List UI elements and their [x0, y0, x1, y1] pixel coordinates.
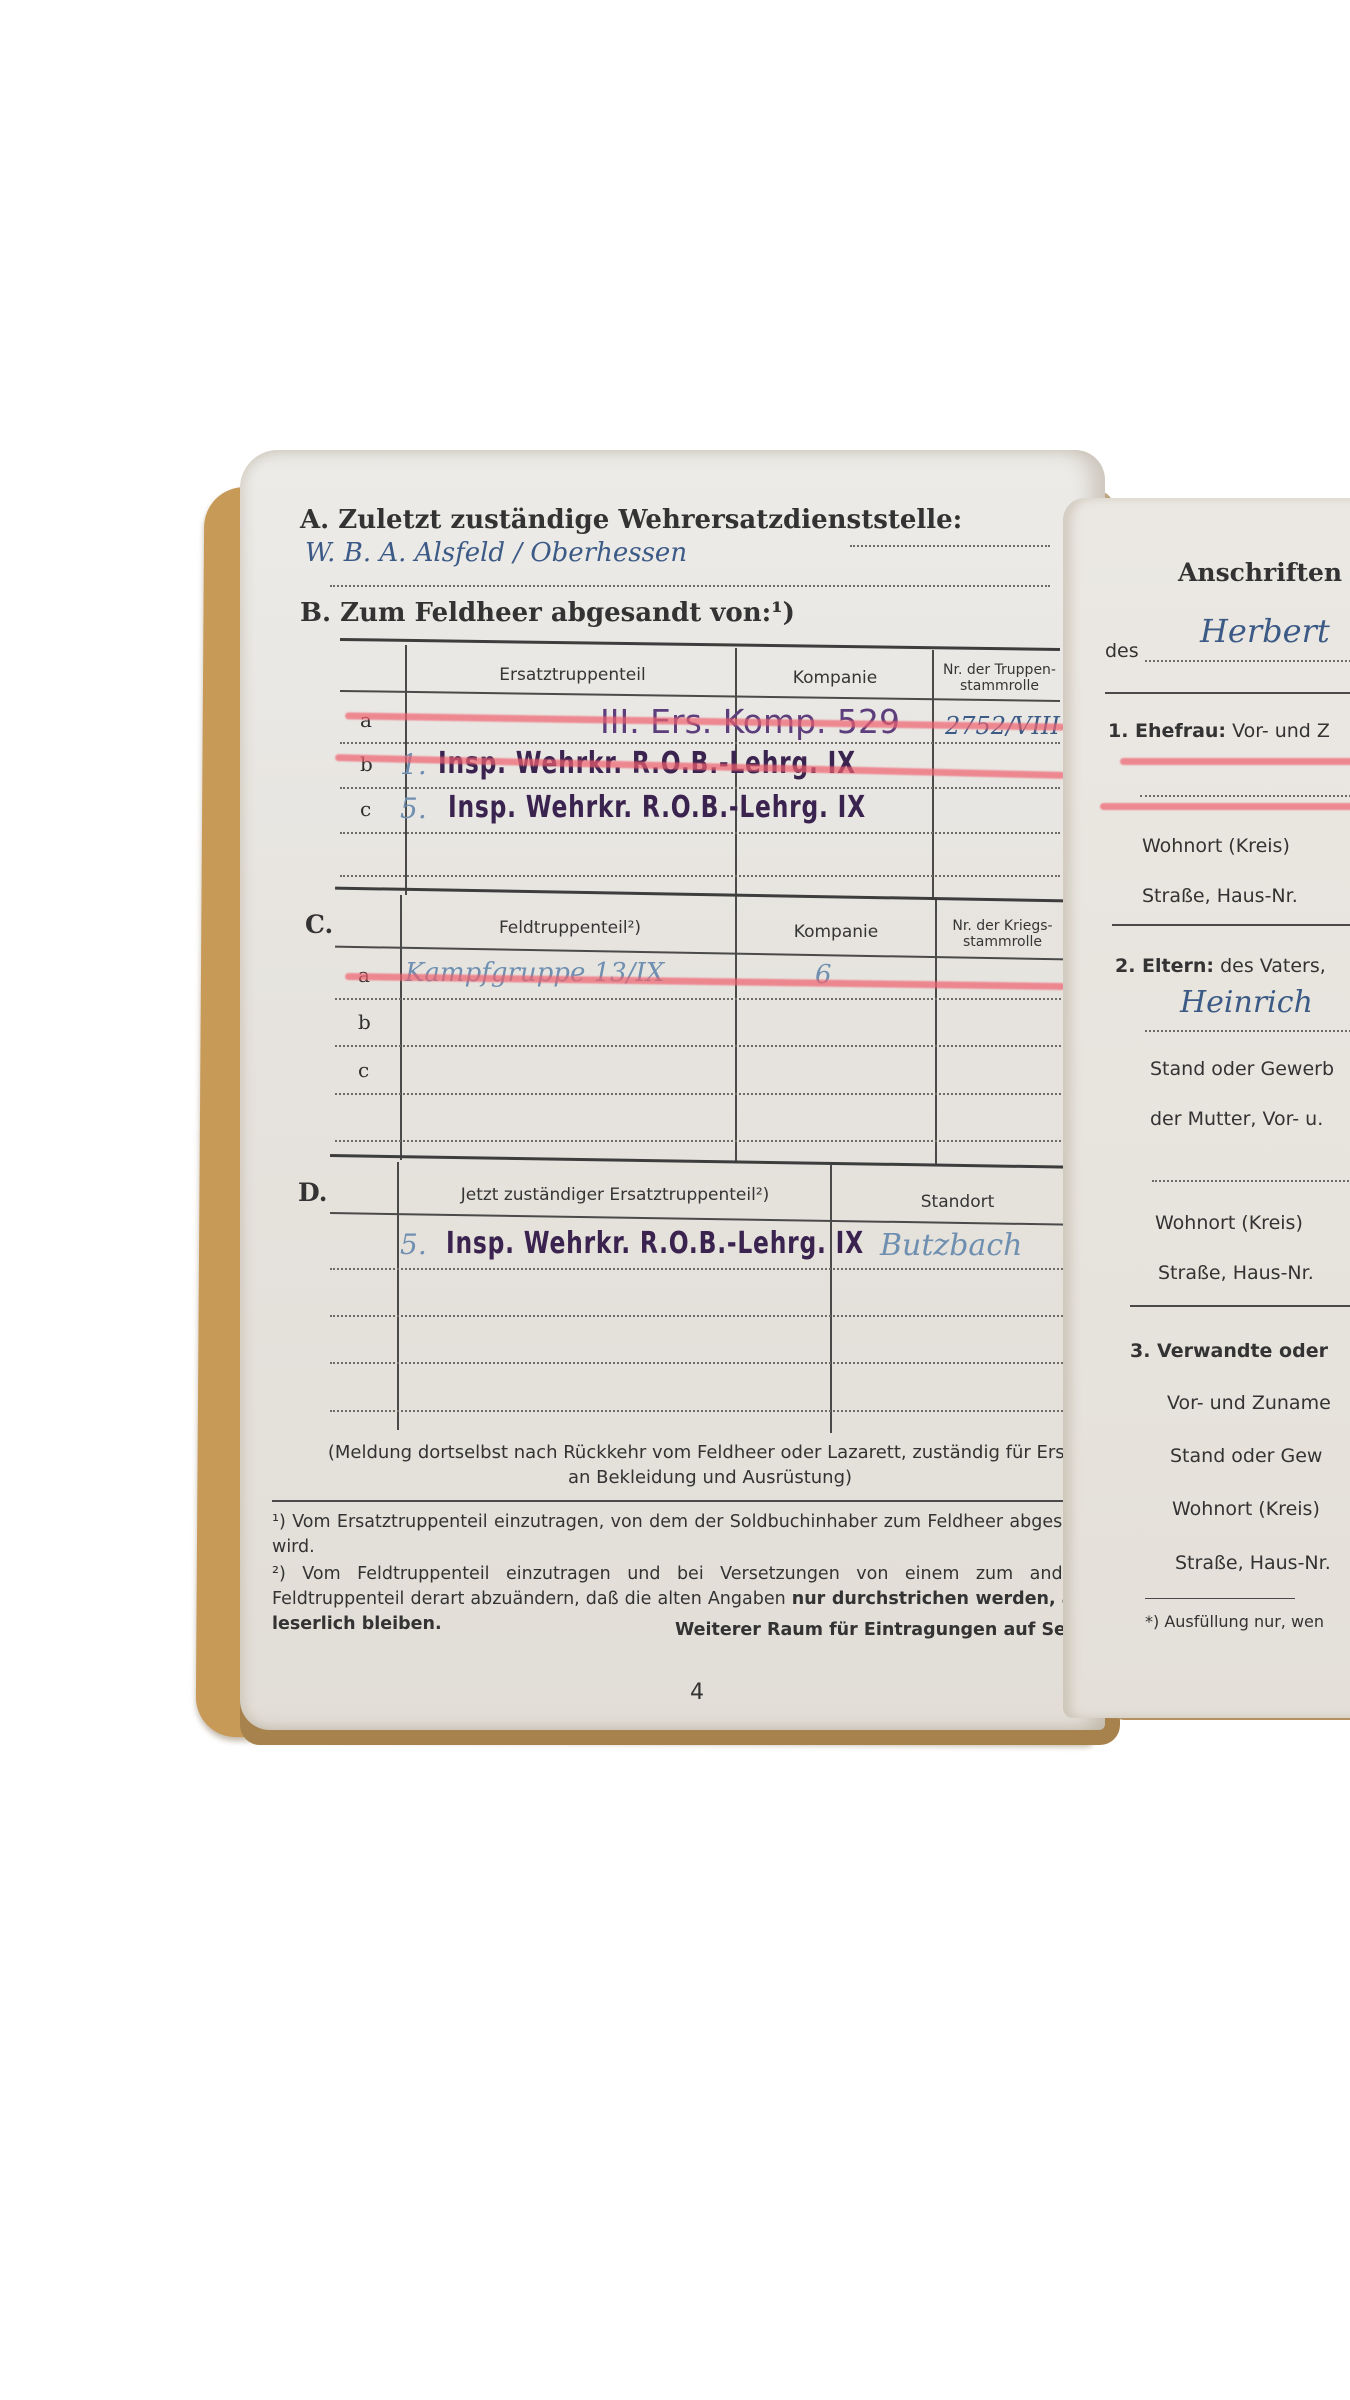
item-2-wohnort-label: Wohnort (Kreis)	[1155, 1212, 1303, 1234]
item-1-text: Vor- und Z	[1232, 720, 1330, 742]
right-rule-3	[1130, 1305, 1350, 1307]
section-b-title: Zum Feldheer abgesandt von:¹)	[340, 598, 795, 628]
right-footnote-rule	[1145, 1598, 1295, 1599]
item-1-strasse-label: Straße, Haus-Nr.	[1142, 885, 1298, 907]
section-b-col-header-unit: Ersatztruppenteil	[410, 665, 735, 685]
item-2-mutter-label: der Mutter, Vor- u.	[1150, 1108, 1323, 1130]
section-c-col-divider-2	[735, 898, 737, 1163]
page-number: 4	[690, 1680, 704, 1705]
item-2-text: des Vaters,	[1220, 955, 1326, 977]
des-dotline	[1145, 660, 1350, 662]
item-3-name-label: Vor- und Zuname	[1167, 1392, 1331, 1414]
item-3-strasse-label: Straße, Haus-Nr.	[1175, 1552, 1331, 1574]
more-space-note: Weiterer Raum für Eintragungen auf Seite…	[675, 1618, 1129, 1643]
item-2-handwritten-father: Heinrich	[1180, 985, 1313, 1020]
right-rule-2	[1112, 924, 1350, 926]
section-c-col-header-unit: Feldtruppenteil²)	[405, 918, 735, 938]
des-handwritten-name: Herbert	[1200, 612, 1330, 650]
item-3-wohnort-label: Wohnort (Kreis)	[1172, 1498, 1320, 1520]
section-b-col-header-kompanie: Kompanie	[740, 668, 930, 688]
section-b-row-c-letter: c	[360, 797, 371, 821]
footnote-2-bold-emphasis: nur durchstrichen werden,	[792, 1589, 1056, 1609]
section-b-row-a-letter: a	[360, 708, 372, 732]
item-3-stand-label: Stand oder Gew	[1170, 1445, 1322, 1467]
section-b-row-c-prefix: 5.	[400, 792, 427, 825]
section-c-row-a-dotline	[335, 998, 1065, 1000]
section-b-col-header-stammrolle: Nr. der Truppen-stammrolle	[937, 662, 1062, 694]
des-label: des	[1105, 640, 1139, 662]
section-d-row-standort: Butzbach	[880, 1228, 1022, 1263]
section-d-col-divider-2	[830, 1165, 832, 1433]
section-a-dotline-2	[330, 585, 1050, 587]
section-b-heading: B. Zum Feldheer abgesandt von:¹)	[300, 598, 795, 628]
section-c-col-divider-3	[935, 900, 937, 1165]
section-d-col-header-unit: Jetzt zuständiger Ersatztruppenteil²)	[400, 1185, 830, 1205]
section-c-row-c-letter: c	[358, 1058, 369, 1082]
item-1-label: 1. Ehefrau:	[1108, 720, 1226, 742]
section-c-row-extra-dotline	[335, 1140, 1065, 1142]
item-1-strikethrough-2	[1100, 803, 1350, 810]
section-d-dotline-2	[330, 1315, 1090, 1317]
item-3-verwandte: 3. Verwandte oder	[1130, 1340, 1328, 1362]
section-d-col-divider-1	[397, 1162, 399, 1430]
item-3-label: 3. Verwandte oder	[1130, 1340, 1328, 1362]
section-c-col-header-stammrolle: Nr. der Kriegs-stammrolle	[940, 918, 1065, 950]
section-c-letter: C.	[305, 910, 333, 939]
item-2-stand-label: Stand oder Gewerb	[1150, 1058, 1334, 1080]
section-c-col-divider-1	[400, 895, 402, 1160]
section-a-heading: A. Zuletzt zuständige Wehrersatzdienstst…	[300, 505, 962, 535]
item-1-wohnort-label: Wohnort (Kreis)	[1142, 835, 1290, 857]
section-d-instruction: (Meldung dortselbst nach Rückkehr vom Fe…	[315, 1440, 1105, 1490]
section-b-row-b-prefix: 1.	[400, 748, 427, 781]
section-d-dotline-3	[330, 1362, 1090, 1364]
item-1-ehefrau: 1. Ehefrau: Vor- und Z	[1108, 720, 1330, 742]
right-page-title: Anschriften der	[1178, 558, 1350, 587]
section-d-col-header-standort: Standort	[835, 1192, 1080, 1212]
section-b-row-c-unit-stamp: Insp. Wehrkr. R.O.B.-Lehrg. IX	[448, 790, 866, 825]
section-b-row-c-dotline	[340, 832, 1060, 834]
section-a-title: Zuletzt zuständige Wehrersatzdienststell…	[338, 505, 962, 535]
section-d-row-prefix: 5.	[400, 1228, 427, 1261]
section-d-row-unit-stamp: Insp. Wehrkr. R.O.B.-Lehrg. IX	[446, 1226, 864, 1261]
item-1-dotline	[1140, 795, 1350, 797]
item-2-strasse-label: Straße, Haus-Nr.	[1158, 1262, 1314, 1284]
section-a-letter: A.	[300, 505, 329, 535]
right-footnote: *) Ausfüllung nur, wen	[1145, 1612, 1324, 1631]
section-b-row-extra-dotline	[340, 875, 1060, 877]
section-d-dotline-1	[330, 1268, 1090, 1270]
section-a-dotline-1	[850, 545, 1050, 547]
section-d-letter: D.	[298, 1178, 328, 1207]
footnote-1: ¹) Vom Ersatztruppenteil einzutragen, vo…	[272, 1510, 1102, 1560]
section-d-dotline-4	[330, 1410, 1090, 1412]
section-a-handwritten-entry: W. B. A. Alsfeld / Oberhessen	[305, 538, 687, 568]
section-c-row-c-dotline	[335, 1093, 1065, 1095]
section-c-row-b-dotline	[335, 1045, 1065, 1047]
section-c-row-b-letter: b	[358, 1010, 371, 1034]
section-c-col-header-kompanie: Kompanie	[740, 922, 932, 942]
footnotes-rule	[272, 1500, 1102, 1502]
item-1-strikethrough-1	[1120, 758, 1350, 765]
section-b-letter: B.	[300, 598, 331, 628]
item-2-label: 2. Eltern:	[1115, 955, 1214, 977]
section-b-row-b-dotline	[340, 787, 1060, 789]
section-b-row-a-dotline	[340, 742, 1060, 744]
item-2-dotline-1	[1145, 1030, 1350, 1032]
item-2-dotline-2	[1152, 1180, 1350, 1182]
item-2-eltern: 2. Eltern: des Vaters,	[1115, 955, 1326, 977]
right-rule-1	[1105, 692, 1350, 694]
